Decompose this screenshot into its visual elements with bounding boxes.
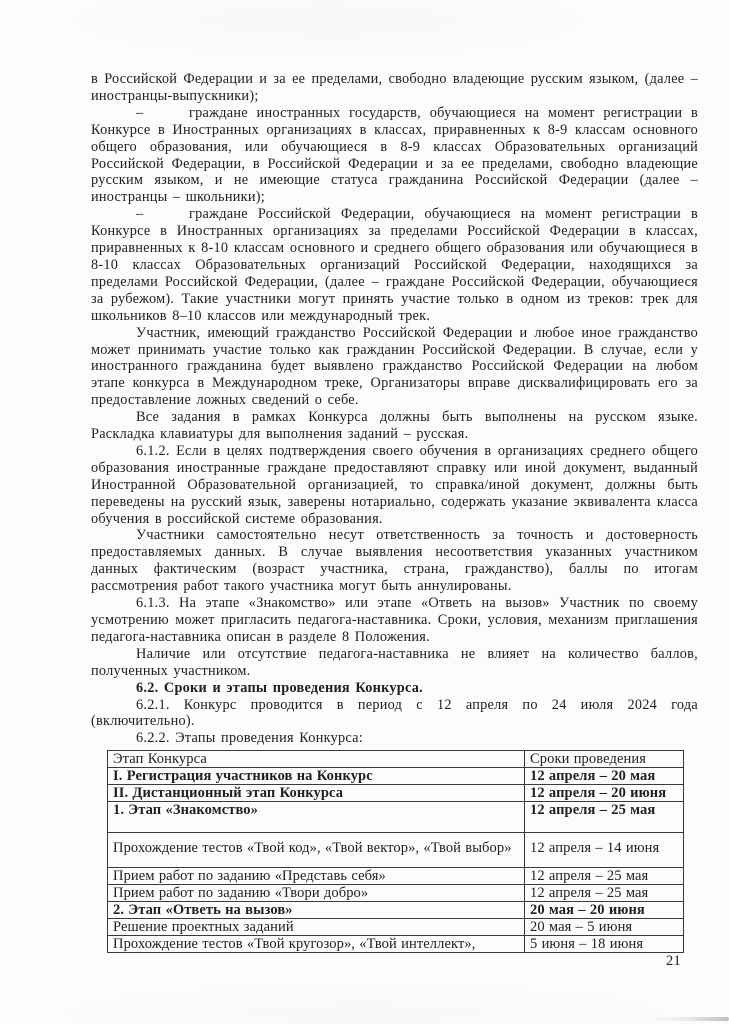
table-row: 1. Этап «Знакомство»12 апреля – 25 мая xyxy=(108,802,684,833)
stage-cell: Прием работ по заданию «Представь себя» xyxy=(108,868,525,885)
paragraph: Наличие или отсутствие педагога-наставни… xyxy=(91,646,698,680)
stage-cell: I. Регистрация участников на Конкурс xyxy=(108,768,525,785)
scan-corner-shadow xyxy=(649,1017,729,1021)
paragraph: 6.1.2. Если в целях подтверждения своего… xyxy=(91,443,698,528)
dates-cell: 12 апреля – 14 июня xyxy=(525,833,684,868)
dates-cell: 12 апреля – 25 мая xyxy=(525,885,684,902)
schedule-table: Этап Конкурса Сроки проведения I. Регист… xyxy=(107,750,684,953)
table-header-row: Этап Конкурса Сроки проведения xyxy=(108,751,684,768)
paragraph: Участник, имеющий гражданство Российской… xyxy=(91,325,698,410)
bullet-dash: – xyxy=(136,206,189,223)
page-number: 21 xyxy=(666,953,681,970)
table-row: I. Регистрация участников на Конкурс12 а… xyxy=(108,768,684,785)
document-page: в Российской Федерации и за ее пределами… xyxy=(0,0,729,1024)
paragraph: Участники самостоятельно несут ответстве… xyxy=(91,527,698,595)
paragraph: в Российской Федерации и за ее пределами… xyxy=(91,71,698,105)
paragraph: 6.2.1. Конкурс проводится в период с 12 … xyxy=(91,697,698,731)
table-row: Прохождение тестов «Твой код», «Твой век… xyxy=(108,833,684,868)
dates-cell: 12 апреля – 25 мая xyxy=(525,802,684,833)
dates-cell: 20 мая – 20 июня xyxy=(525,902,684,919)
table-row: Прохождение тестов «Твой кругозор», «Тво… xyxy=(108,936,684,953)
stage-cell: Прохождение тестов «Твой кругозор», «Тво… xyxy=(108,936,525,953)
table-row: II. Дистанционный этап Конкурса12 апреля… xyxy=(108,785,684,802)
table-row: Прием работ по заданию «Твори добро»12 а… xyxy=(108,885,684,902)
table-header-dates: Сроки проведения xyxy=(525,751,684,768)
stage-cell: Решение проектных заданий xyxy=(108,919,525,936)
paragraph: Все задания в рамках Конкурса должны быт… xyxy=(91,409,698,443)
dates-cell: 20 мая – 5 июня xyxy=(525,919,684,936)
paragraph: 6.2. Сроки и этапы проведения Конкурса. xyxy=(91,680,698,697)
document-body: в Российской Федерации и за ее пределами… xyxy=(91,71,698,953)
paragraph: 6.2.2. Этапы проведения Конкурса: xyxy=(91,730,698,747)
table-row: 2. Этап «Ответь на вызов»20 мая – 20 июн… xyxy=(108,902,684,919)
paragraph: –граждане иностранных государств, обучаю… xyxy=(91,105,698,206)
paragraph: 6.1.3. На этапе «Знакомство» или этапе «… xyxy=(91,595,698,646)
stage-cell: II. Дистанционный этап Конкурса xyxy=(108,785,525,802)
stage-cell: 2. Этап «Ответь на вызов» xyxy=(108,902,525,919)
bullet-dash: – xyxy=(136,105,189,122)
table-row: Прием работ по заданию «Представь себя»1… xyxy=(108,868,684,885)
table-header-stage: Этап Конкурса xyxy=(108,751,525,768)
dates-cell: 5 июня – 18 июня xyxy=(525,936,684,953)
stage-cell: Прием работ по заданию «Твори добро» xyxy=(108,885,525,902)
stage-cell: Прохождение тестов «Твой код», «Твой век… xyxy=(108,833,525,868)
dates-cell: 12 апреля – 20 мая xyxy=(525,768,684,785)
schedule-table-body: I. Регистрация участников на Конкурс12 а… xyxy=(108,768,684,953)
dates-cell: 12 апреля – 25 мая xyxy=(525,868,684,885)
paragraph: –граждане Российской Федерации, обучающи… xyxy=(91,206,698,324)
dates-cell: 12 апреля – 20 июня xyxy=(525,785,684,802)
table-row: Решение проектных заданий20 мая – 5 июня xyxy=(108,919,684,936)
document-paragraphs: в Российской Федерации и за ее пределами… xyxy=(91,71,698,747)
stage-cell: 1. Этап «Знакомство» xyxy=(108,802,525,833)
